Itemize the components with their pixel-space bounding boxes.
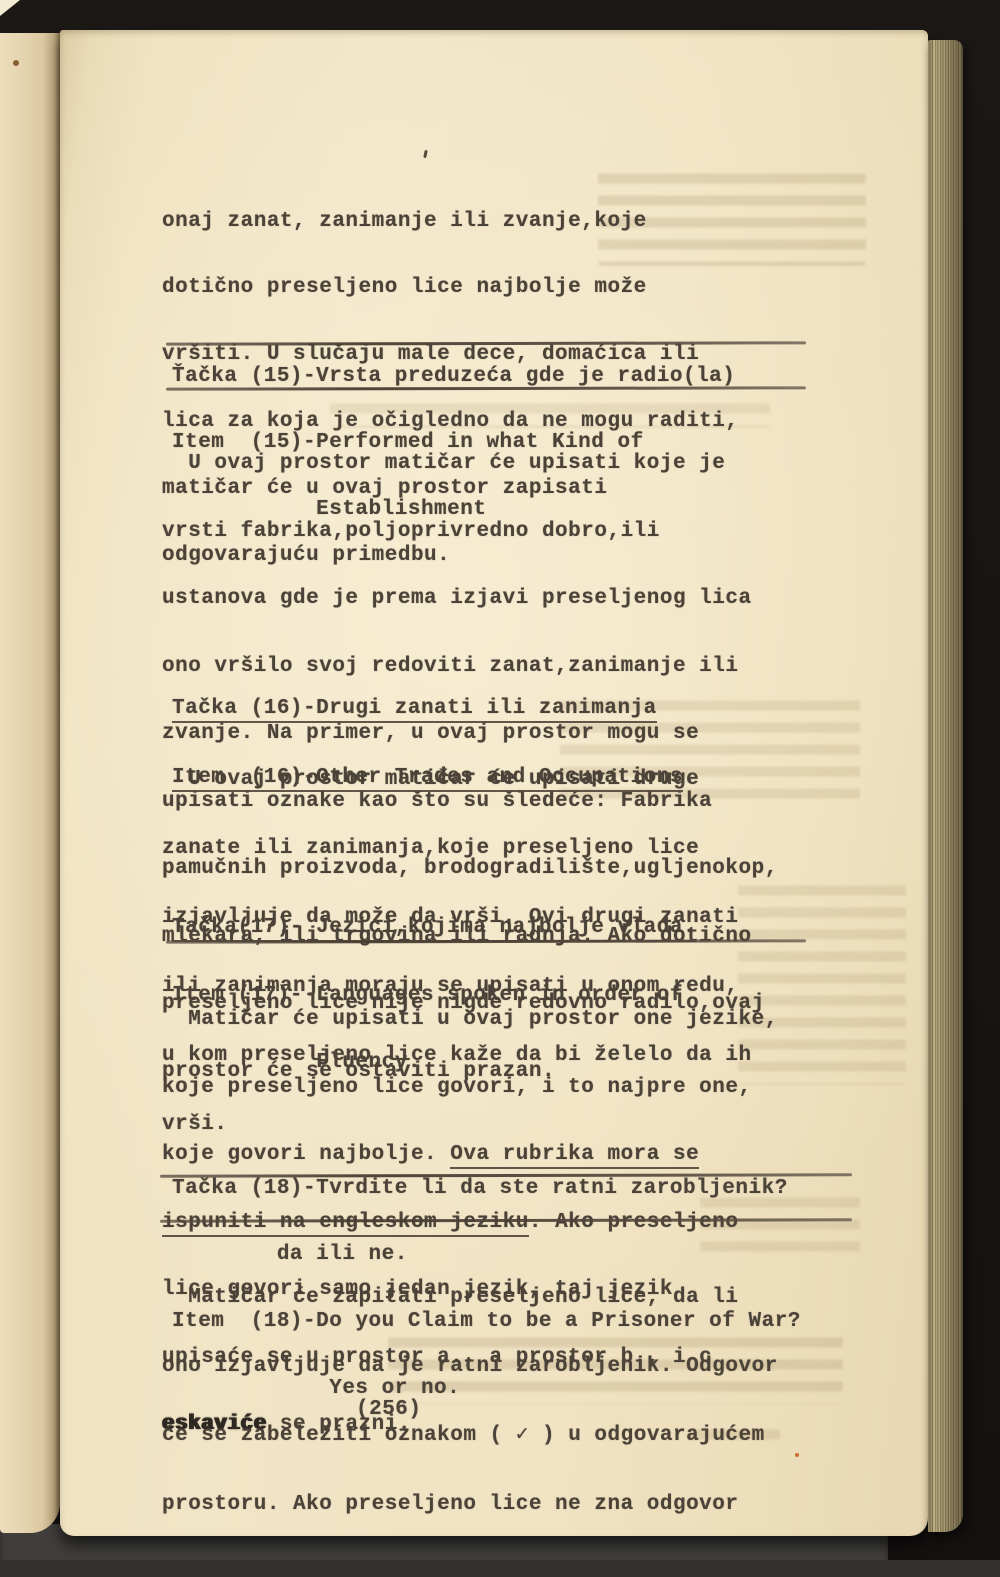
text-line: dotično preseljeno lice najbolje može — [162, 277, 862, 299]
text-line: će se zabeležiti oznakom ( ✓ ) u odgovar… — [162, 1424, 862, 1447]
text-line: zanate ili zanimanja,koje preseljeno lic… — [162, 837, 862, 860]
paragraph-5: Matičar će zapitati preseljeno lice, da … — [162, 1240, 862, 1562]
book-scan-photo: onaj zanat, zanimanje ili zvanje,koje do… — [0, 0, 1000, 1577]
page-fore-edge-stack — [928, 40, 963, 1532]
page-number-text: (256) — [356, 1398, 476, 1421]
text-line: Matičar će upisati u ovaj prostor one je… — [162, 1009, 862, 1032]
page-number: (256) — [356, 1352, 476, 1467]
text-line: prostoru. Ako preseljeno lice ne zna odg… — [162, 1493, 862, 1516]
background-paper-corner — [0, 0, 20, 16]
table-surface-shadow — [0, 1560, 1000, 1577]
underline-rule — [160, 1218, 852, 1222]
underlined-text: Tačka(17)- Jezici,kojima najbolje vlada. — [172, 916, 696, 942]
heading-line: Tačka (16)-Drugi zanati ili zanimanja — [172, 697, 872, 720]
text-line: U ovaj prostor matičar će upisati druge — [162, 768, 862, 791]
text-line: ono izjavljuje da je ratni zarobljenik. … — [162, 1355, 862, 1378]
text-line: U ovaj prostor matičar će upisati koje j… — [162, 453, 862, 476]
text-line: onaj zanat, zanimanje ili zvanje,koje — [162, 211, 862, 233]
dust-speck — [13, 60, 19, 66]
heading-line: Tačka (18)-Tvrdite li da ste ratni zarob… — [172, 1178, 872, 1200]
text-line: ustanova gde je prema izjavi preseljenog… — [162, 588, 862, 611]
underlined-text: Tačka (16)-Drugi zanati ili zanimanja — [172, 697, 657, 723]
heading-line: Ťačka (15)-Vrsta preduzeća gde je radio(… — [172, 366, 872, 388]
underline-rule — [166, 386, 806, 390]
text-line: Matičar će zapitati preseljeno lice, da … — [162, 1286, 862, 1309]
text-line: vrsti fabrika,poljoprivredno dobro,ili — [162, 521, 862, 544]
facing-page-gutter — [0, 33, 60, 1533]
underline-rule — [166, 939, 806, 943]
heading-line: Tačka(17)- Jezici,kojima najbolje vlada. — [172, 917, 872, 940]
text-line: koje preseljeno lice govori, i to najpre… — [162, 1077, 862, 1100]
underline-rule — [166, 341, 806, 345]
